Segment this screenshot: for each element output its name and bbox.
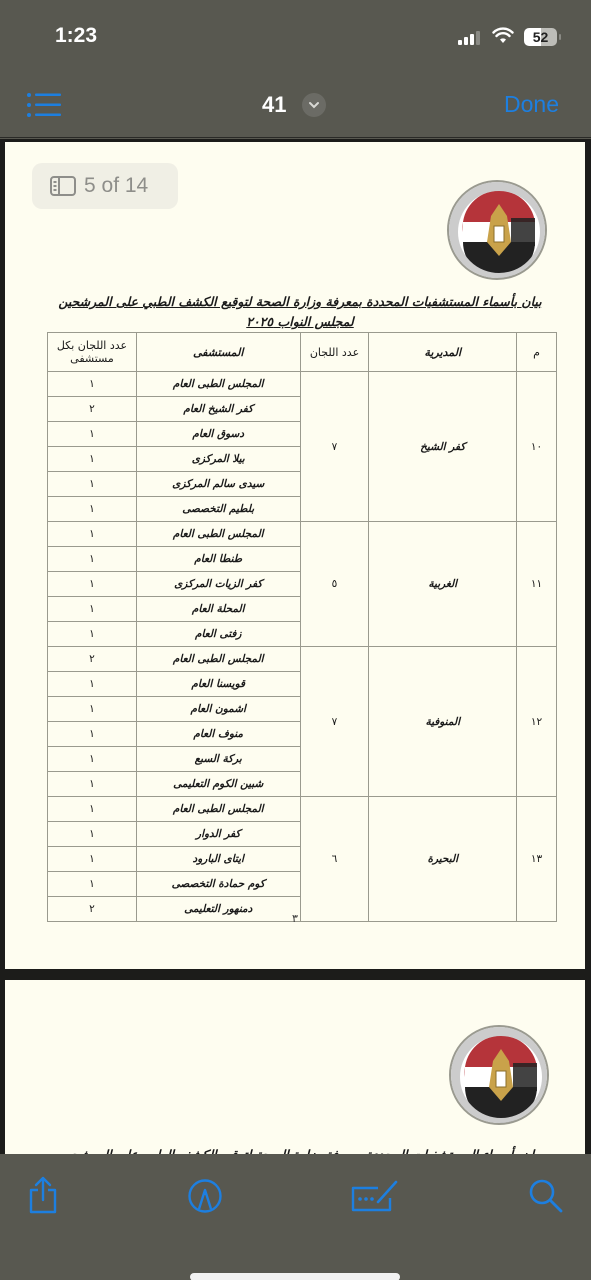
header-hospital: المستشفى — [136, 333, 300, 372]
hospital-cell: كفر الزيات المركزى — [136, 572, 300, 597]
hospital-cell: قويسنا العام — [136, 672, 300, 697]
status-bar: 1:23 52 — [0, 0, 591, 70]
count-cell: ١ — [48, 872, 137, 897]
count-cell: ١ — [48, 422, 137, 447]
hospital-cell: المجلس الطبى العام — [136, 522, 300, 547]
table-row: ١٢ المنوفية ٧ المجلس الطبى العام ٢ — [48, 647, 557, 672]
page-indicator: 5 of 14 — [32, 163, 178, 209]
count-cell: ١ — [48, 672, 137, 697]
count-cell: ١ — [48, 697, 137, 722]
directorate-cell: الغربية — [369, 522, 517, 647]
hospital-cell: ايتاى البارود — [136, 847, 300, 872]
committees-cell: ٦ — [300, 797, 369, 922]
home-indicator[interactable] — [190, 1273, 400, 1280]
serial-cell: ١٣ — [517, 797, 557, 922]
count-cell: ١ — [48, 797, 137, 822]
pdf-page-next: بيان بأسماء المستشفيات المحددة بمعرفة وز… — [5, 980, 585, 1154]
table-header-row: م المديرية عدد اللجان المستشفى عدد اللجا… — [48, 333, 557, 372]
count-cell: ١ — [48, 747, 137, 772]
table-row: ١١ الغربية ٥ المجلس الطبى العام ١ — [48, 522, 557, 547]
search-icon[interactable] — [528, 1178, 564, 1214]
hospital-cell: المحلة العام — [136, 597, 300, 622]
title-line-2: لمجلس النواب ٢٠٢٥ — [45, 312, 555, 332]
count-cell: ١ — [48, 572, 137, 597]
header-committees: عدد اللجان — [300, 333, 369, 372]
count-cell: ١ — [48, 372, 137, 397]
serial-cell: ١١ — [517, 522, 557, 647]
count-cell: ٢ — [48, 397, 137, 422]
bottom-toolbar — [0, 1154, 591, 1280]
directorate-cell: كفر الشيخ — [369, 372, 517, 522]
list-icon[interactable] — [26, 92, 62, 118]
sidebar-icon — [50, 176, 76, 196]
hospital-cell: زفتى العام — [136, 622, 300, 647]
hospital-cell: اشمون العام — [136, 697, 300, 722]
hospital-cell: المجلس الطبى العام — [136, 797, 300, 822]
count-cell: ١ — [48, 497, 137, 522]
pdf-viewer[interactable]: 5 of 14 بيان بأسماء المستشفيات المحددة ب… — [0, 139, 591, 1154]
count-cell: ١ — [48, 447, 137, 472]
chevron-down-icon[interactable] — [302, 93, 326, 117]
committees-cell: ٧ — [300, 372, 369, 522]
count-cell: ١ — [48, 622, 137, 647]
header-directorate: المديرية — [369, 333, 517, 372]
cellular-signal-icon — [458, 31, 480, 45]
count-cell: ١ — [48, 597, 137, 622]
count-cell: ١ — [48, 722, 137, 747]
hospital-cell: بلطيم التخصصى — [136, 497, 300, 522]
header-per-hospital: عدد اللجان بكل مستشفى — [48, 333, 137, 372]
signature-icon[interactable] — [350, 1178, 400, 1214]
hospitals-table: م المديرية عدد اللجان المستشفى عدد اللجا… — [47, 332, 557, 922]
page-count[interactable]: 41 — [262, 92, 286, 118]
battery-indicator: 52 — [524, 28, 557, 46]
hospital-cell: دسوق العام — [136, 422, 300, 447]
wifi-icon — [492, 27, 514, 45]
directorate-cell: المنوفية — [369, 647, 517, 797]
header-serial: م — [517, 333, 557, 372]
count-cell: ١ — [48, 472, 137, 497]
committees-cell: ٧ — [300, 647, 369, 797]
hospital-cell: شبين الكوم التعليمى — [136, 772, 300, 797]
page-number: ٣ — [5, 912, 585, 925]
done-button[interactable]: Done — [504, 91, 559, 118]
serial-cell: ١٢ — [517, 647, 557, 797]
hospital-cell: بركة السبع — [136, 747, 300, 772]
document-title: بيان بأسماء المستشفيات المحددة بمعرفة وز… — [45, 292, 555, 332]
election-authority-logo — [449, 1025, 549, 1125]
directorate-cell: البحيرة — [369, 797, 517, 922]
clock: 1:23 — [55, 24, 97, 48]
count-cell: ١ — [48, 772, 137, 797]
hospital-cell: بيلا المركزى — [136, 447, 300, 472]
committees-cell: ٥ — [300, 522, 369, 647]
hospital-cell: طنطا العام — [136, 547, 300, 572]
battery-tip — [559, 34, 561, 40]
hospital-cell: سيدى سالم المركزى — [136, 472, 300, 497]
hospital-cell: المجلس الطبى العام — [136, 372, 300, 397]
share-icon[interactable] — [27, 1176, 59, 1214]
pdf-page: 5 of 14 بيان بأسماء المستشفيات المحددة ب… — [5, 142, 585, 969]
markup-pen-icon[interactable] — [187, 1178, 223, 1214]
document-title: بيان بأسماء المستشفيات المحددة بمعرفة وز… — [45, 1145, 555, 1154]
count-cell: ١ — [48, 547, 137, 572]
count-cell: ١ — [48, 822, 137, 847]
hospital-cell: كفر الشيخ العام — [136, 397, 300, 422]
title-line-1: بيان بأسماء المستشفيات المحددة بمعرفة وز… — [45, 1145, 555, 1154]
count-cell: ١ — [48, 847, 137, 872]
nav-bar: 41 Done — [0, 70, 591, 138]
count-cell: ١ — [48, 522, 137, 547]
title-line-1: بيان بأسماء المستشفيات المحددة بمعرفة وز… — [45, 292, 555, 312]
page-indicator-label: 5 of 14 — [84, 174, 148, 198]
hospital-cell: منوف العام — [136, 722, 300, 747]
hospital-cell: كفر الدوار — [136, 822, 300, 847]
serial-cell: ١٠ — [517, 372, 557, 522]
hospital-cell: كوم حمادة التخصصى — [136, 872, 300, 897]
count-cell: ٢ — [48, 647, 137, 672]
hospital-cell: المجلس الطبى العام — [136, 647, 300, 672]
election-authority-logo — [447, 180, 547, 280]
table-row: ١٣ البحيرة ٦ المجلس الطبى العام ١ — [48, 797, 557, 822]
table-row: ١٠ كفر الشيخ ٧ المجلس الطبى العام ١ — [48, 372, 557, 397]
